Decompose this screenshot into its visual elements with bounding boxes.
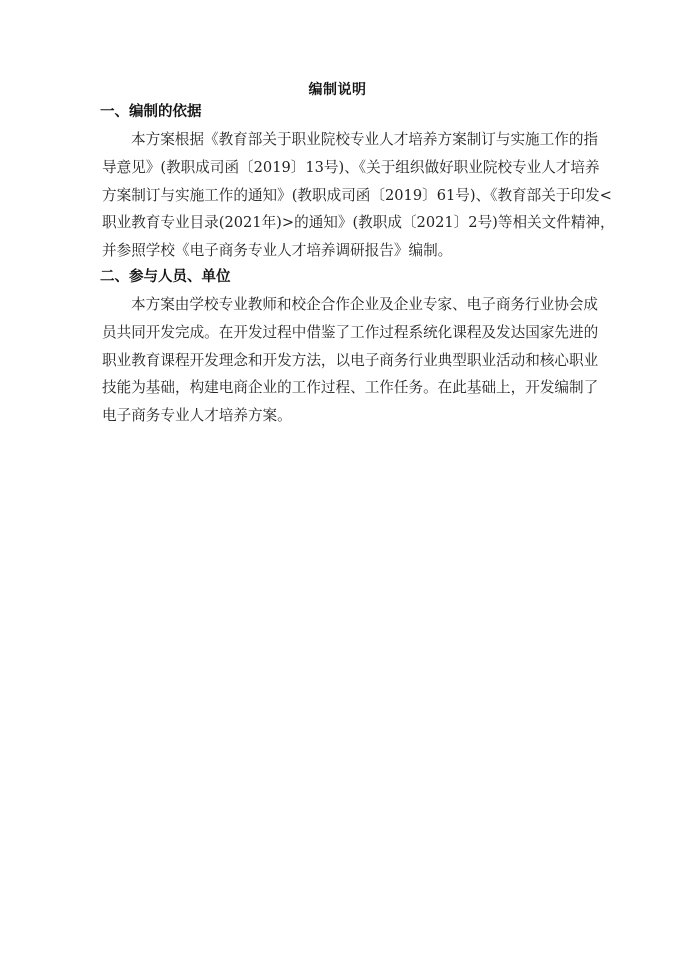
section-paragraph-participants: 本方案由学校专业教师和校企合作企业及企业专家、电子商务行业协会成 员共同开发完成… [102,291,568,430]
paragraph-line: 并参照学校《电子商务专业人才培养调研报告》编制。 [102,237,568,265]
paragraph-line: 方案制订与实施工作的通知》(教职成司函〔2019〕61号)、《教育部关于印发< [102,182,568,210]
paragraph-line: 职业教育课程开发理念和开发方法，以电子商务行业典型职业活动和核心职业 [102,347,568,375]
paragraph-line: 员共同开发完成。在开发过程中借鉴了工作过程系统化课程及发达国家先进的 [102,319,568,347]
section-heading-basis: 一、编制的依据 [100,102,202,122]
document-title: 编制说明 [0,80,675,100]
section-paragraph-basis: 本方案根据《教育部关于职业院校专业人才培养方案制订与实施工作的指 导意见》(教职… [102,126,568,265]
paragraph-line: 本方案根据《教育部关于职业院校专业人才培养方案制订与实施工作的指 [102,126,568,154]
document-page: 编制说明 一、编制的依据 本方案根据《教育部关于职业院校专业人才培养方案制订与实… [0,0,675,954]
paragraph-line: 导意见》(教职成司函〔2019〕13号)、《关于组织做好职业院校专业人才培养 [102,154,568,182]
section-heading-participants: 二、参与人员、单位 [100,267,231,287]
paragraph-line: 职业教育专业目录(2021年)>的通知》(教职成〔2021〕2号)等相关文件精神… [102,209,568,237]
paragraph-line: 本方案由学校专业教师和校企合作企业及企业专家、电子商务行业协会成 [102,291,568,319]
paragraph-line: 技能为基础，构建电商企业的工作过程、工作任务。在此基础上，开发编制了 [102,374,568,402]
paragraph-line: 电子商务专业人才培养方案。 [102,402,568,430]
